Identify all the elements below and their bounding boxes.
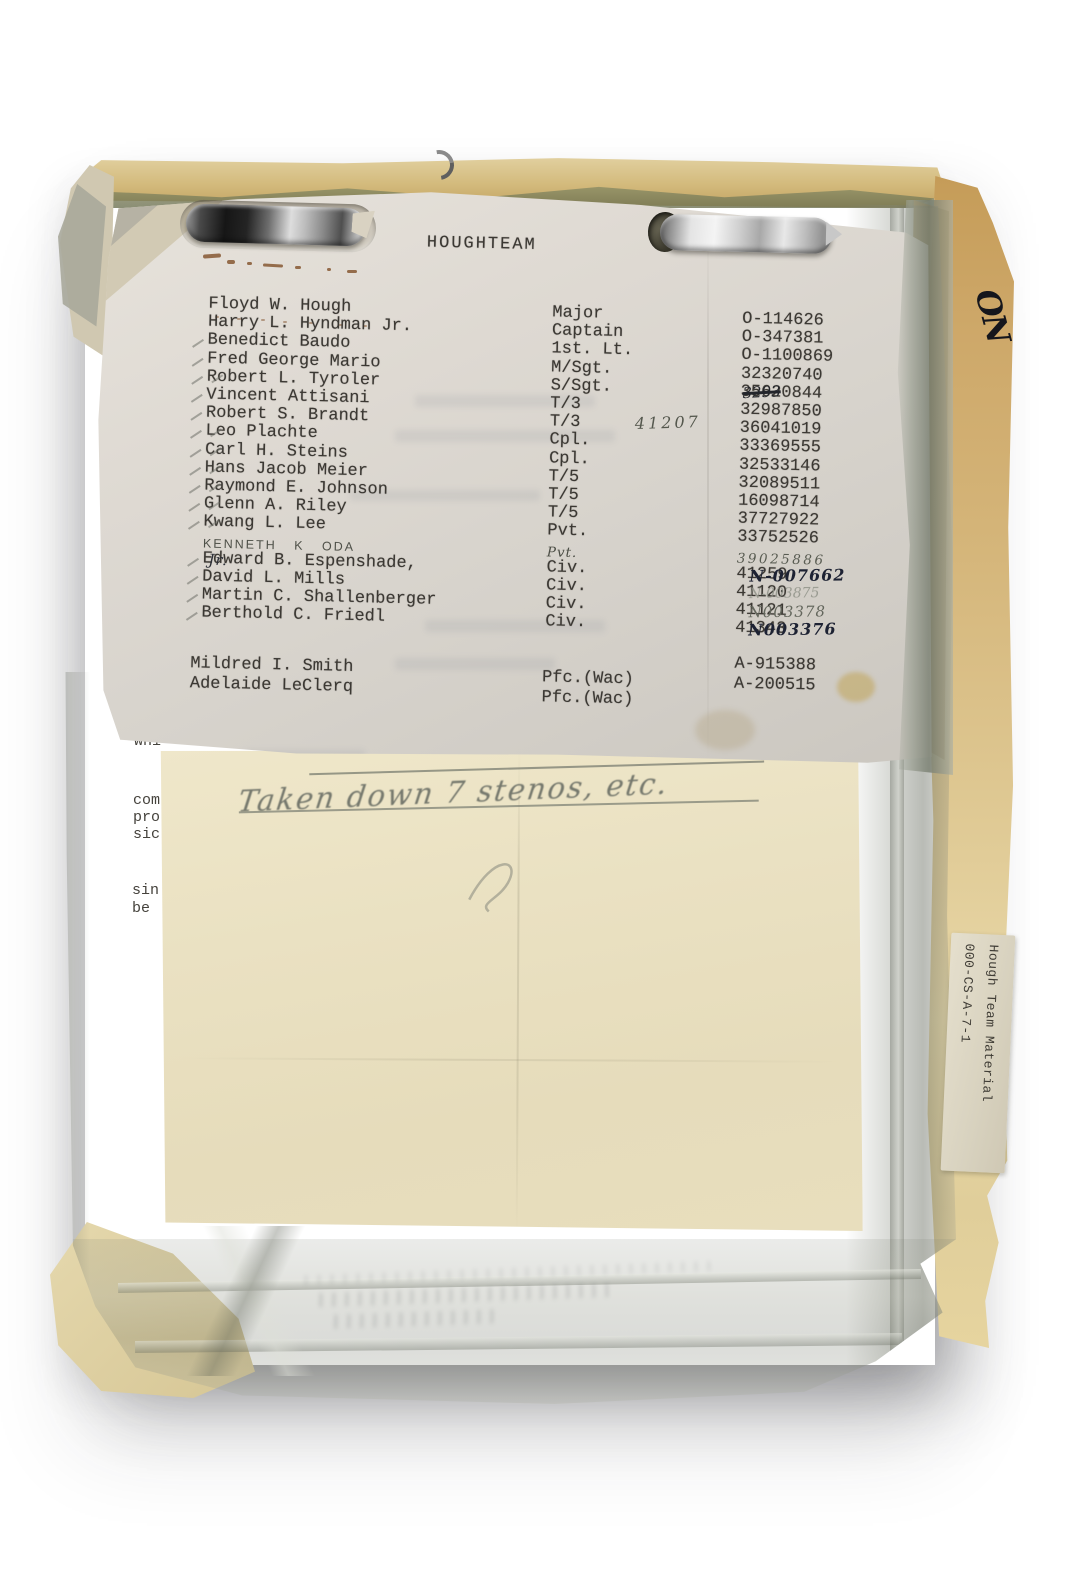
roster-ranks-column: MajorCaptain1st. Lt.M/Sgt.S/Sgt.T/3T/3Cp…: [545, 304, 552, 631]
struck-handwritten-number: 3293: [742, 382, 781, 402]
typed-roster-sheet: HOUGHTEAM Floyd W. HoughHarry L. Hyndman…: [95, 190, 935, 765]
wac-numbers-column: A-915388A-200515: [734, 655, 735, 694]
photo-of-document: whicomprosicsinbe t Taken down 7 stenos,…: [0, 0, 1072, 1582]
file-tab-text: 000-CS-A-7-1 Hough Team Material: [947, 943, 1009, 1163]
roster-rank: Civ.: [546, 577, 587, 596]
roster-rank: T/5: [548, 504, 579, 523]
sheet-crease: [177, 1057, 843, 1062]
edge-fragment: com: [133, 792, 160, 809]
edge-fragment: be: [132, 900, 150, 917]
roster-rank: Cpl.: [549, 432, 590, 451]
roster-name: Kwang L. Lee: [203, 514, 326, 535]
roster-rank: T/3: [550, 395, 581, 414]
roster-rank: Cpl.: [549, 450, 590, 469]
document-title: HOUGHTEAM: [427, 234, 537, 255]
roster-rank: Civ.: [545, 614, 586, 633]
handwritten-suffix: Jr.: [202, 550, 227, 569]
edge-fragment: pro: [133, 809, 160, 826]
roster-rank: Pvt.: [547, 523, 588, 542]
prong-fastener-left: [186, 203, 367, 246]
wac-rank: Pfc.(Wac): [541, 688, 633, 710]
roster-numbers-column: O-114626O-347381O-1100869323207403562084…: [735, 311, 742, 638]
handwritten-number-annotation: 41207: [635, 412, 701, 433]
roster-name: Berthold C. Friedl: [201, 605, 385, 627]
fastener-tip: [826, 222, 843, 246]
roster-rank: T/5: [548, 468, 579, 487]
wac-ranks-column: Pfc.(Wac)Pfc.(Wac): [541, 668, 542, 707]
roster-names-column: Floyd W. HoughHarry L. Hyndman Jr.Benedi…: [201, 296, 208, 623]
roster-rank: Civ.: [546, 559, 587, 578]
roster-number: 33752526: [737, 529, 819, 549]
prong-fastener-right: [660, 214, 833, 254]
edge-fragment: sic: [133, 826, 160, 843]
wac-names-column: Mildred I. SmithAdelaide LeClerq: [190, 654, 191, 693]
roster-rank: T/5: [548, 486, 579, 505]
wac-number: A-200515: [734, 674, 816, 695]
wac-rank: Pfc.(Wac): [542, 668, 634, 690]
wac-name: Adelaide LeClerq: [190, 674, 354, 697]
roster-rank: M/Sgt.: [551, 359, 613, 379]
pencil-scribble: [457, 837, 547, 927]
edge-fragment: sin: [132, 882, 159, 899]
handwritten-annex-number: N003376: [748, 621, 837, 640]
file-tab: 000-CS-A-7-1 Hough Team Material: [941, 933, 1016, 1174]
typed-text-layer: HOUGHTEAM Floyd W. HoughHarry L. Hyndman…: [82, 190, 935, 784]
wac-number: A-915388: [734, 655, 816, 676]
blank-cream-sheet: [155, 746, 866, 1236]
sheet-crease: [516, 748, 521, 1234]
